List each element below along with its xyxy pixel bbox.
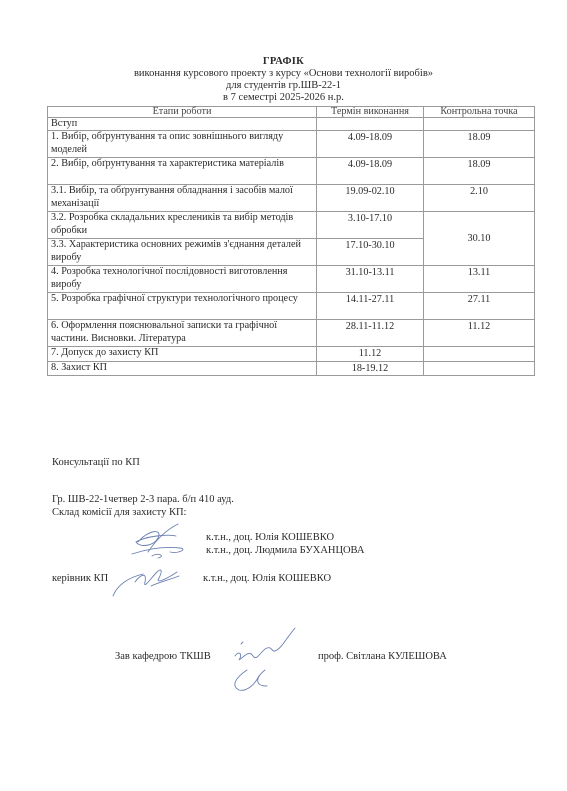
stage-cell: Вступ bbox=[48, 118, 317, 131]
commission-heading: Склад комісії для захисту КП: bbox=[52, 506, 186, 519]
commission-member-bukhantsova: к.т.н., доц. Людмила БУХАНЦОВА bbox=[206, 544, 364, 557]
stage-cell: 5. Розробка графічної структури технолог… bbox=[48, 293, 317, 320]
term-cell: 18-19.12 bbox=[317, 361, 424, 375]
stage-cell: 3.3. Характеристика основних режимів з'є… bbox=[48, 239, 317, 266]
commission-member-koshevko: к.т.н., доц. Юлія КОШЕВКО bbox=[206, 531, 334, 544]
column-header-checkpoint: Контрольна точка bbox=[424, 107, 535, 118]
checkpoint-cell: 2.10 bbox=[424, 185, 535, 212]
checkpoint-cell: 27.11 bbox=[424, 293, 535, 320]
stage-cell: 8. Захист КП bbox=[48, 361, 317, 375]
term-cell: 4.09-18.09 bbox=[317, 131, 424, 158]
column-header-stage: Етапи роботи bbox=[48, 107, 317, 118]
table-row: 2. Вибір, обґрунтування та характеристик… bbox=[48, 158, 535, 185]
table-header-row: Етапи роботи Термін виконання Контрольна… bbox=[48, 107, 535, 118]
checkpoint-cell bbox=[424, 118, 535, 131]
table-row: 8. Захист КП 18-19.12 bbox=[48, 361, 535, 375]
term-cell: 28.11-11.12 bbox=[317, 320, 424, 347]
checkpoint-cell bbox=[424, 361, 535, 375]
stage-cell: 3.1. Вибір, та обґрунтування обладнання … bbox=[48, 185, 317, 212]
table-row: Вступ bbox=[48, 118, 535, 131]
stage-cell: 4. Розробка технологічної послідовності … bbox=[48, 266, 317, 293]
head-of-department-signature-icon bbox=[225, 620, 305, 695]
term-cell: 11.12 bbox=[317, 347, 424, 361]
head-of-department-name: проф. Світлана КУЛЕШОВА bbox=[318, 650, 447, 663]
schedule-table: Етапи роботи Термін виконання Контрольна… bbox=[47, 106, 535, 376]
checkpoint-cell: 11.12 bbox=[424, 320, 535, 347]
stage-cell: 6. Оформлення пояснювальної записки та г… bbox=[48, 320, 317, 347]
term-cell: 31.10-13.11 bbox=[317, 266, 424, 293]
term-cell: 3.10-17.10 bbox=[317, 212, 424, 239]
stage-cell: 1. Вибір, обґрунтування та опис зовнішнь… bbox=[48, 131, 317, 158]
checkpoint-cell: 18.09 bbox=[424, 131, 535, 158]
table-row: 4. Розробка технологічної послідовності … bbox=[48, 266, 535, 293]
table-row: 7. Допуск до захисту КП 11.12 bbox=[48, 347, 535, 361]
commission-signature-icon bbox=[118, 522, 198, 562]
checkpoint-cell: 13.11 bbox=[424, 266, 535, 293]
table-row: 5. Розробка графічної структури технолог… bbox=[48, 293, 535, 320]
table-row: 1. Вибір, обґрунтування та опис зовнішнь… bbox=[48, 131, 535, 158]
consultations-heading: Консультації по КП bbox=[52, 456, 140, 469]
term-cell: 17.10-30.10 bbox=[317, 239, 424, 266]
table-row: 3.2. Розробка складальних креслеників та… bbox=[48, 212, 535, 239]
stage-cell: 3.2. Розробка складальних креслеників та… bbox=[48, 212, 317, 239]
checkpoint-cell-merged: 30.10 bbox=[424, 212, 535, 266]
column-header-term: Термін виконання bbox=[317, 107, 424, 118]
checkpoint-cell: 18.09 bbox=[424, 158, 535, 185]
supervisor-label: керівник КП bbox=[52, 572, 108, 585]
document-subtitle-course: виконання курсового проекту з курсу «Осн… bbox=[0, 68, 567, 80]
document-subtitle-semester: в 7 семестрі 2025-2026 н.р. bbox=[0, 92, 567, 104]
table-row: 3.1. Вибір, та обґрунтування обладнання … bbox=[48, 185, 535, 212]
term-cell: 4.09-18.09 bbox=[317, 158, 424, 185]
term-cell: 14.11-27.11 bbox=[317, 293, 424, 320]
supervisor-name: к.т.н., доц. Юлія КОШЕВКО bbox=[203, 572, 331, 585]
checkpoint-cell bbox=[424, 347, 535, 361]
term-cell: 19.09-02.10 bbox=[317, 185, 424, 212]
document-title: ГРАФІК bbox=[0, 56, 567, 67]
document-subtitle-group: для студентів гр.ШВ-22-1 bbox=[0, 80, 567, 92]
supervisor-signature-icon bbox=[105, 560, 185, 600]
table-row: 6. Оформлення пояснювальної записки та г… bbox=[48, 320, 535, 347]
stage-cell: 7. Допуск до захисту КП bbox=[48, 347, 317, 361]
stage-cell: 2. Вибір, обґрунтування та характеристик… bbox=[48, 158, 317, 185]
head-of-department-label: Зав кафедрою ТКШВ bbox=[115, 650, 211, 663]
term-cell bbox=[317, 118, 424, 131]
consultations-schedule: Гр. ШВ-22-1четвер 2-3 пара. б/п 410 ауд. bbox=[52, 493, 234, 506]
